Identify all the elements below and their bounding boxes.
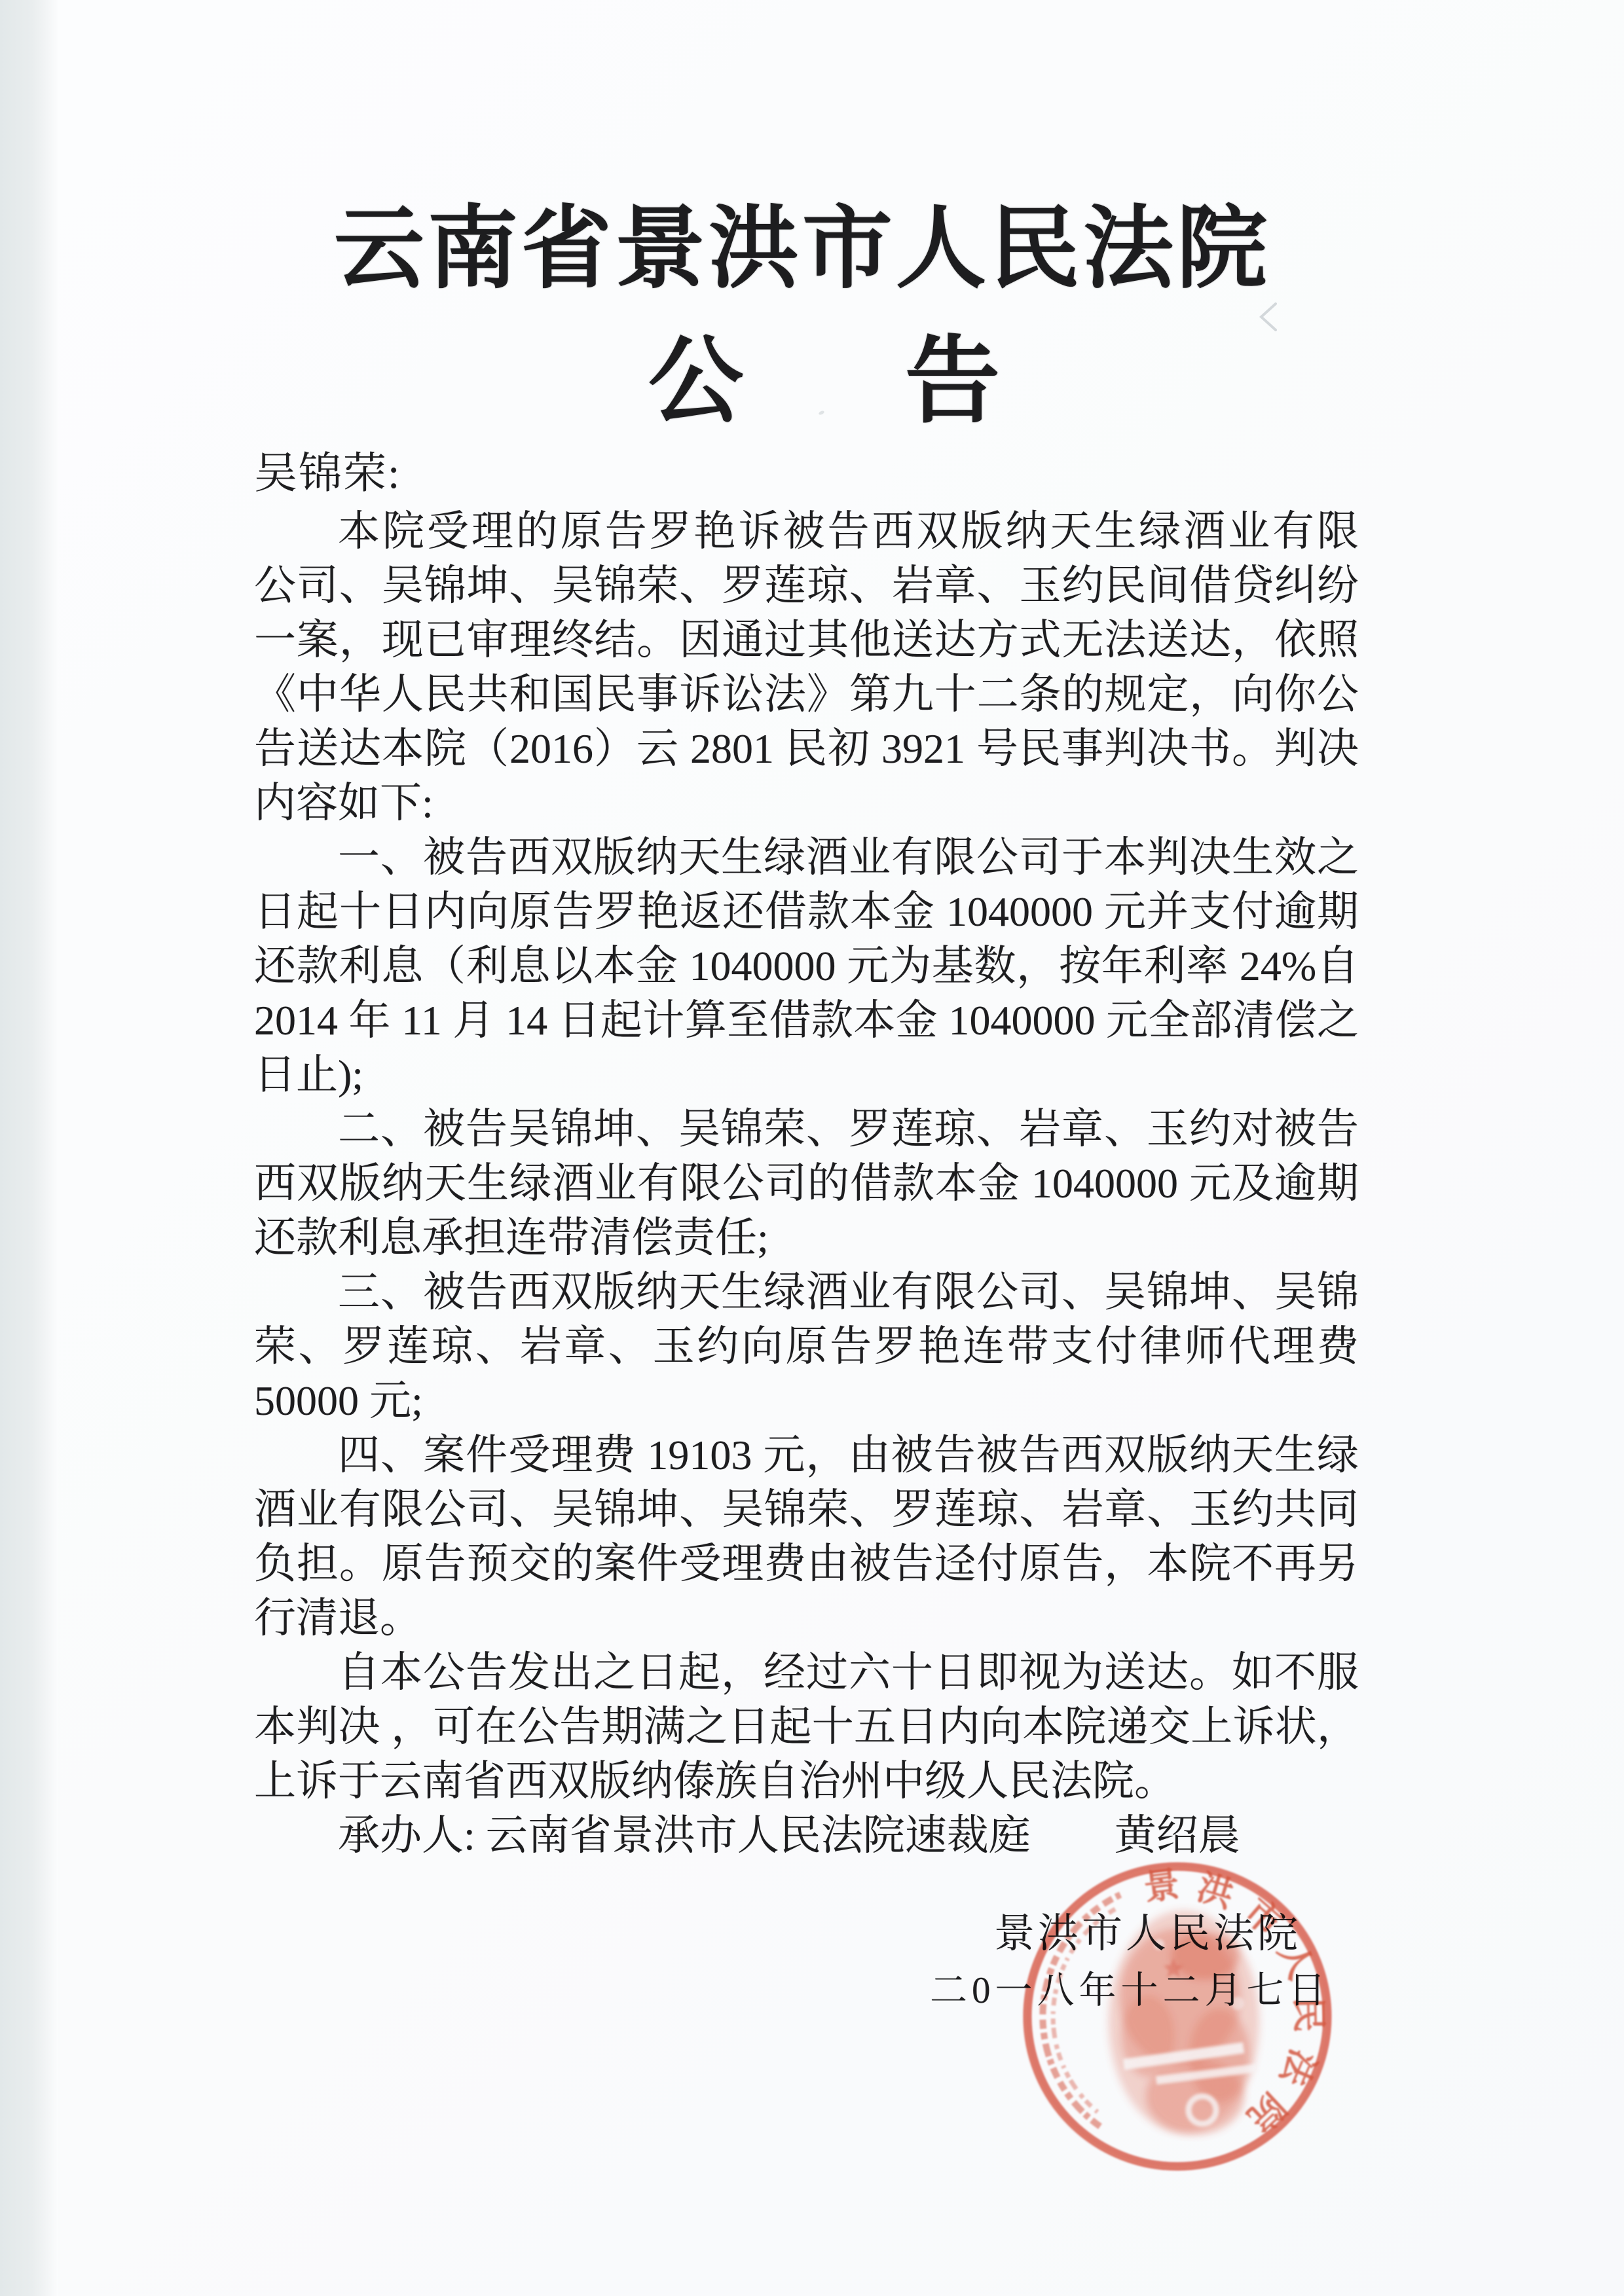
signature-date: 二0一八年十二月七日: [930, 1967, 1331, 2015]
scan-artifact: [1256, 302, 1280, 333]
body-line: 2014 年 11 月 14 日起计算至借款本金 1040000 元全部清偿之: [254, 993, 1359, 1048]
body-line: 自本公告发出之日起，经过六十日即视为送达。如不服: [254, 1645, 1359, 1700]
body-line handler-line: 承办人: 云南省景洪市人民法院速裁庭 黄绍晨: [254, 1808, 1359, 1863]
body-line: 《中华人民共和国民事诉讼法》第九十二条的规定，向你公: [254, 667, 1359, 721]
body-line: 本院受理的原告罗艳诉被告西双版纳天生绿酒业有限: [254, 504, 1359, 558]
body-line: 酒业有限公司、吴锦坤、吴锦荣、罗莲琼、岩章、玉约共同: [254, 1482, 1359, 1537]
notice-title-char: 公: [648, 335, 743, 430]
notice-body: 本院受理的原告罗艳诉被告西双版纳天生绿酒业有限 公司、吴锦坤、吴锦荣、罗莲琼、岩…: [254, 504, 1359, 1863]
body-line: 负担。原告预交的案件受理费由被告迳付原告，本院不再另: [254, 1537, 1359, 1591]
body-line: 二、被告吴锦坤、吴锦荣、罗莲琼、岩章、玉约对被告: [254, 1102, 1359, 1156]
notice-title-char: 告: [905, 335, 1000, 430]
body-line: 告送达本院（2016）云 2801 民初 3921 号民事判决书。判决: [254, 721, 1359, 776]
notice-title: 公 告: [0, 335, 1624, 433]
body-line: 本判决 ，可在公告期满之日起十五日内向本院递交上诉状，: [254, 1700, 1359, 1754]
body-line: 日止);: [254, 1048, 1359, 1102]
body-line: 一、被告西双版纳天生绿酒业有限公司于本判决生效之: [254, 830, 1359, 884]
body-line: 三、被告西双版纳天生绿酒业有限公司、吴锦坤、吴锦: [254, 1265, 1359, 1319]
body-line: 上诉于云南省西双版纳傣族自治州中级人民法院。: [254, 1754, 1359, 1808]
body-line: 一案，现已审理终结。因通过其他送达方式无法送达，依照: [254, 613, 1359, 667]
body-line: 日起十日内向原告罗艳返还借款本金 1040000 元并支付逾期: [254, 884, 1359, 939]
signature-court-name: 景洪市人民法院: [994, 1908, 1301, 1960]
document-content: 云南省景洪市人民法院 公 告 吴锦荣: 本院受理的原告罗艳诉被告西双版纳天生绿酒…: [0, 0, 1624, 2296]
body-line: 公司、吴锦坤、吴锦荣、罗莲琼、岩章、玉约民间借贷纠纷: [254, 558, 1359, 613]
body-line: 还款利息承担连带清偿责任;: [254, 1211, 1359, 1265]
body-line: 内容如下:: [254, 776, 1359, 830]
body-line: 四、案件受理费 19103 元，由被告被告西双版纳天生绿: [254, 1428, 1359, 1482]
recipient-line: 吴锦荣:: [254, 449, 401, 499]
body-line: 行清退。: [254, 1591, 1359, 1645]
body-line: 荣、罗莲琼、岩章、玉约向原告罗艳连带支付律师代理费: [254, 1319, 1359, 1374]
court-title: 云南省景洪市人民法院: [334, 204, 1297, 295]
body-line: 50000 元;: [254, 1374, 1359, 1428]
body-line: 还款利息（利息以本金 1040000 元为基数，按年利率 24%自: [254, 939, 1359, 993]
scanned-court-notice-page: 云南省景洪市人民法院 公 告 吴锦荣: 本院受理的原告罗艳诉被告西双版纳天生绿酒…: [0, 0, 1624, 2296]
body-line: 西双版纳天生绿酒业有限公司的借款本金 1040000 元及逾期: [254, 1156, 1359, 1211]
